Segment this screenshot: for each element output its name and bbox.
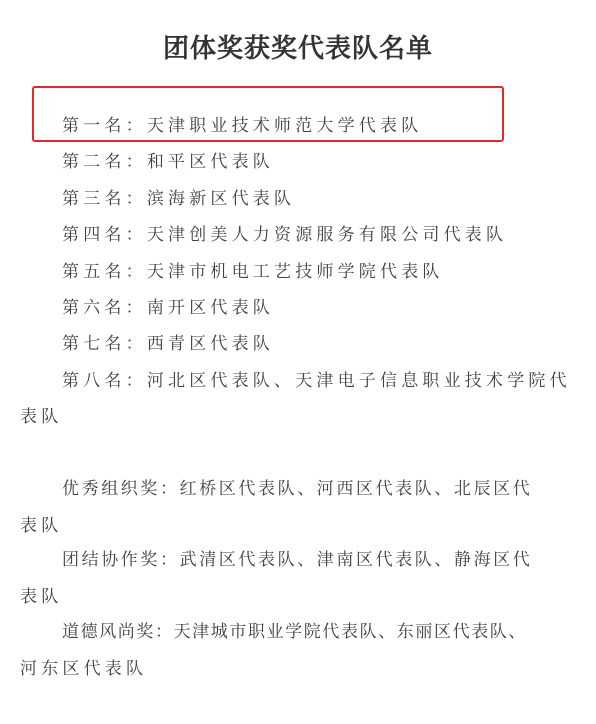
ranking-row-7: 第七名：西青区代表队 (62, 329, 274, 354)
award-label: 优秀组织奖： (62, 479, 180, 499)
award-teams: 红桥区代表队、河西区代表队、北辰区代 (180, 479, 533, 499)
ranking-row-8-continuation: 表队 (20, 402, 62, 427)
team-name: 西青区代表队 (147, 334, 274, 354)
rank-label: 第八名： (62, 371, 147, 391)
rank-label: 第二名： (62, 152, 147, 172)
award-row-organization-continuation: 表队 (20, 511, 62, 536)
award-row-teamwork: 团结协作奖：武清区代表队、津南区代表队、静海区代 (62, 545, 532, 570)
award-label: 道德风尚奖： (62, 622, 174, 642)
rank-label: 第一名： (62, 116, 147, 136)
ranking-row-8: 第八名：河北区代表队、天津电子信息职业技术学院代 (62, 366, 571, 391)
award-row-sportsmanship-continuation: 河东区代表队 (20, 654, 147, 679)
ranking-row-5: 第五名：天津市机电工艺技师学院代表队 (62, 257, 444, 282)
team-name: 南开区代表队 (147, 298, 274, 318)
award-row-teamwork-continuation: 表队 (20, 582, 62, 607)
ranking-row-6: 第六名：南开区代表队 (62, 293, 274, 318)
team-name: 和平区代表队 (147, 152, 274, 172)
ranking-row-3: 第三名：滨海新区代表队 (62, 184, 295, 209)
ranking-row-2: 第二名：和平区代表队 (62, 147, 274, 172)
rank-label: 第三名： (62, 189, 147, 209)
team-name: 天津创美人力资源服务有限公司代表队 (147, 225, 507, 245)
team-name: 天津职业技术师范大学代表队 (147, 116, 423, 136)
award-row-organization: 优秀组织奖：红桥区代表队、河西区代表队、北辰区代 (62, 474, 532, 499)
team-name: 河北区代表队、天津电子信息职业技术学院代 (147, 371, 571, 391)
rank-label: 第五名： (62, 262, 147, 282)
award-row-sportsmanship: 道德风尚奖：天津城市职业学院代表队、东丽区代表队、 (62, 617, 527, 642)
rank-label: 第六名： (62, 298, 147, 318)
ranking-row-4: 第四名：天津创美人力资源服务有限公司代表队 (62, 220, 507, 245)
team-name: 滨海新区代表队 (147, 189, 295, 209)
award-teams: 武清区代表队、津南区代表队、静海区代 (180, 550, 533, 570)
award-teams: 天津城市职业学院代表队、东丽区代表队、 (174, 622, 527, 642)
rank-label: 第四名： (62, 225, 147, 245)
document-title: 团体奖获奖代表队名单 (0, 28, 596, 65)
ranking-row-1: 第一名：天津职业技术师范大学代表队 (62, 111, 422, 136)
team-name: 天津市机电工艺技师学院代表队 (147, 262, 444, 282)
award-label: 团结协作奖： (62, 550, 180, 570)
rank-label: 第七名： (62, 334, 147, 354)
